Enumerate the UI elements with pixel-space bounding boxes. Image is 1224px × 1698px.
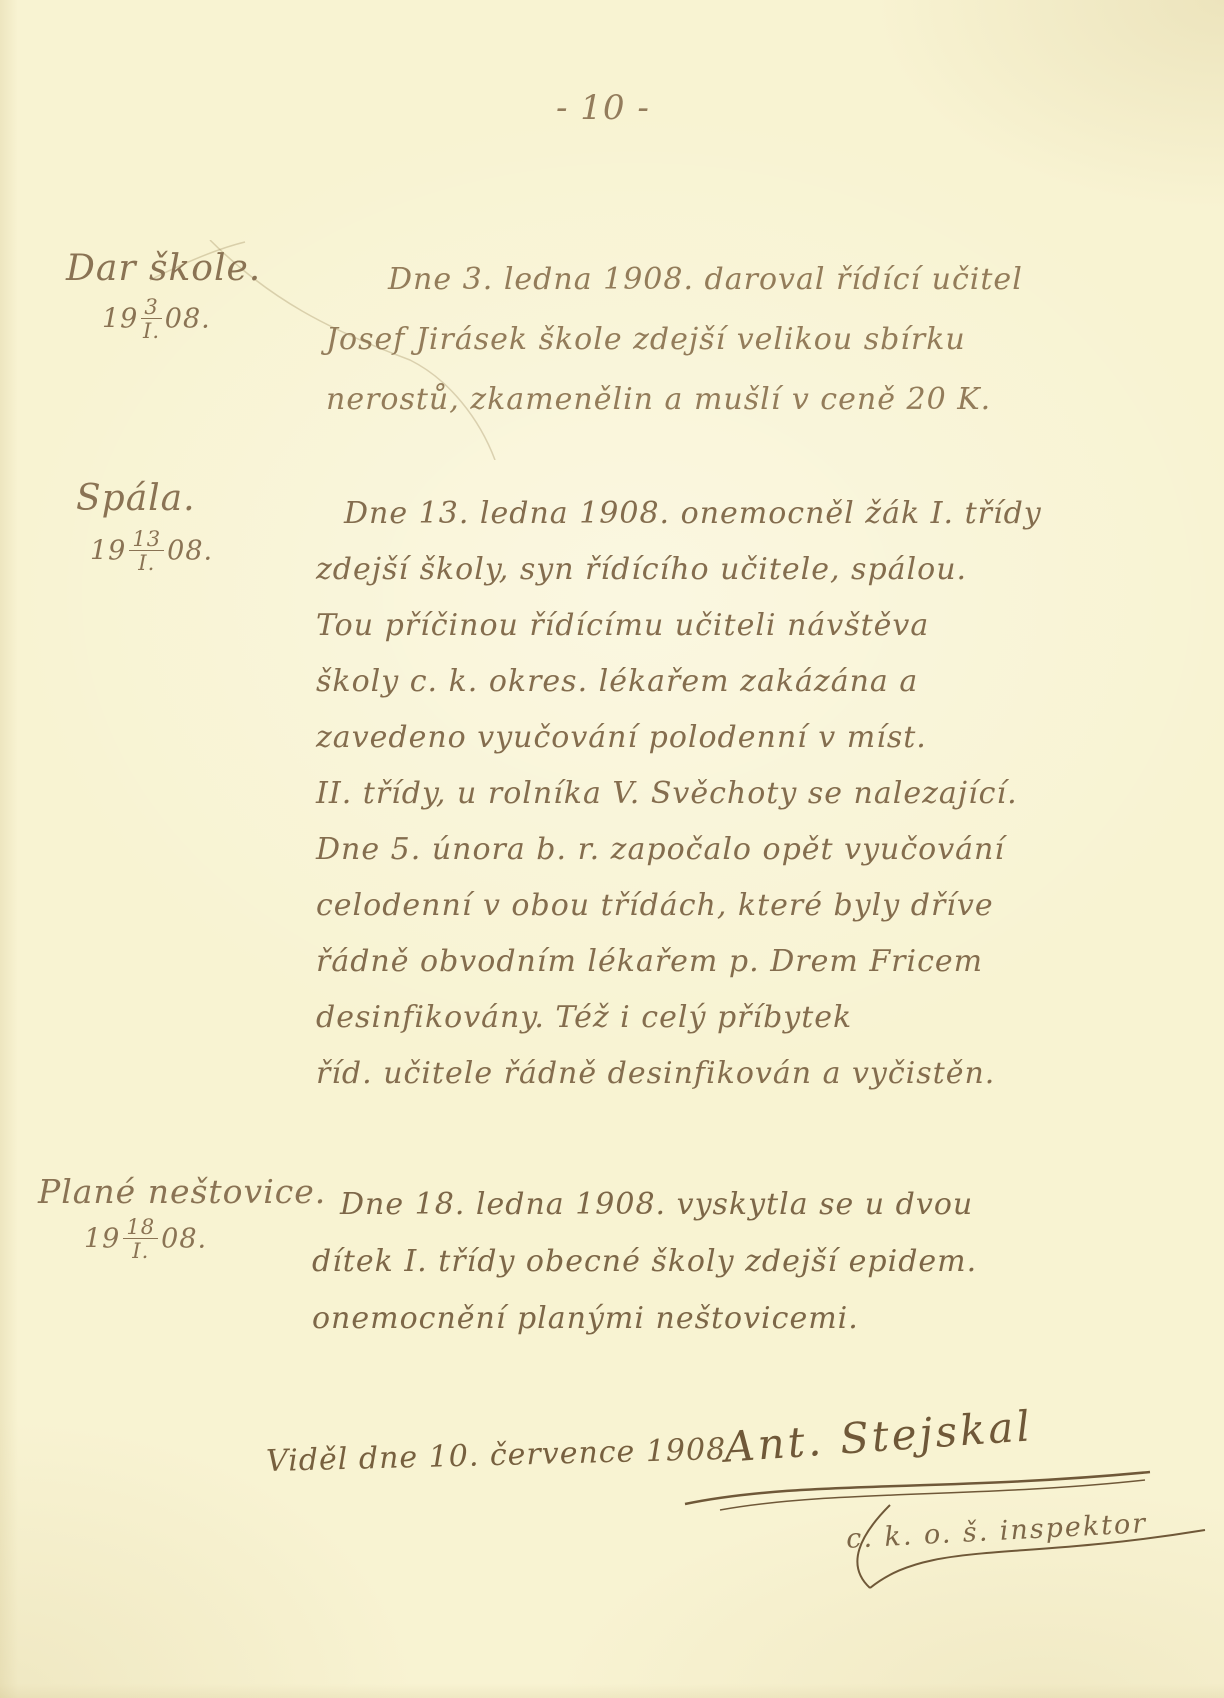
date-prefix: 19 bbox=[84, 1224, 120, 1255]
paragraph-spala: Dne 13. ledna 1908. onemocněl žák I. tří… bbox=[316, 486, 1042, 1102]
date-year: 08. bbox=[167, 536, 213, 567]
page-number: - 10 - bbox=[556, 88, 650, 128]
inspector-title: c. k. o. š. inspektor bbox=[845, 1508, 1148, 1555]
paragraph-line: nerostů, zkamenělin a mušlí v ceně 20 K. bbox=[326, 370, 1023, 430]
paragraph-line: Dne 5. února b. r. započalo opět vyučová… bbox=[316, 822, 1042, 878]
margin-heading-spala: Spála. bbox=[76, 478, 196, 519]
paragraph-line: Dne 3. ledna 1908. daroval řídící učitel bbox=[326, 250, 1023, 310]
paragraph-line: zavedeno vyučování polodenní v míst. bbox=[316, 710, 1042, 766]
date-prefix: 19 bbox=[90, 536, 126, 567]
paragraph-line: onemocnění planými neštovicemi. bbox=[312, 1290, 977, 1347]
paragraph-line: celodenní v obou třídách, které byly dří… bbox=[316, 878, 1042, 934]
paragraph-dar-skole: Dne 3. ledna 1908. daroval řídící učitel… bbox=[326, 250, 1023, 430]
margin-heading-dar-skole: Dar škole. bbox=[66, 248, 261, 289]
date-fraction: 3I. bbox=[141, 296, 161, 341]
paragraph-line: Josef Jirásek škole zdejší velikou sbírk… bbox=[326, 310, 1023, 370]
inspector-signature: Ant. Stejskal bbox=[723, 1401, 1035, 1471]
date-day: 18 bbox=[123, 1216, 158, 1239]
margin-date-spala: 1913I.08. bbox=[90, 528, 213, 573]
date-fraction: 18I. bbox=[123, 1216, 158, 1261]
paragraph-line: Tou příčinou řídícímu učiteli návštěva bbox=[316, 598, 1042, 654]
paragraph-line: Dne 18. ledna 1908. vyskytla se u dvou bbox=[312, 1176, 977, 1233]
date-day: 3 bbox=[141, 296, 161, 319]
paragraph-line: řádně obvodním lékařem p. Drem Fricem bbox=[316, 934, 1042, 990]
paragraph-line: dítek I. třídy obecné školy zdejší epide… bbox=[312, 1233, 977, 1290]
paragraph-line: Dne 13. ledna 1908. onemocněl žák I. tří… bbox=[316, 486, 1042, 542]
date-prefix: 19 bbox=[102, 304, 138, 335]
date-year: 08. bbox=[165, 304, 211, 335]
margin-date-dar-skole: 193I.08. bbox=[102, 296, 211, 341]
paragraph-line: II. třídy, u rolníka V. Svěchoty se nale… bbox=[316, 766, 1042, 822]
date-fraction: 13I. bbox=[129, 528, 164, 573]
date-day: 13 bbox=[129, 528, 164, 551]
date-month: I. bbox=[129, 551, 164, 573]
date-year: 08. bbox=[161, 1224, 207, 1255]
vidimation-note: Viděl dne 10. července 1908 bbox=[266, 1432, 727, 1479]
chronicle-page: { "page_number": "- 10 -", "colors": { "… bbox=[0, 0, 1224, 1698]
margin-heading-plane-nestovice: Plané neštovice. bbox=[38, 1172, 326, 1211]
paragraph-line: říd. učitele řádně desinfikován a vyčist… bbox=[316, 1046, 1042, 1102]
paragraph-plane-nestovice: Dne 18. ledna 1908. vyskytla se u dvou d… bbox=[312, 1176, 977, 1347]
date-month: I. bbox=[141, 319, 161, 341]
paragraph-line: školy c. k. okres. lékařem zakázána a bbox=[316, 654, 1042, 710]
paragraph-line: desinfikovány. Též i celý příbytek bbox=[316, 990, 1042, 1046]
margin-date-plane-nestovice: 1918I.08. bbox=[84, 1216, 207, 1261]
date-month: I. bbox=[123, 1239, 158, 1261]
paragraph-line: zdejší školy, syn řídícího učitele, spál… bbox=[316, 542, 1042, 598]
